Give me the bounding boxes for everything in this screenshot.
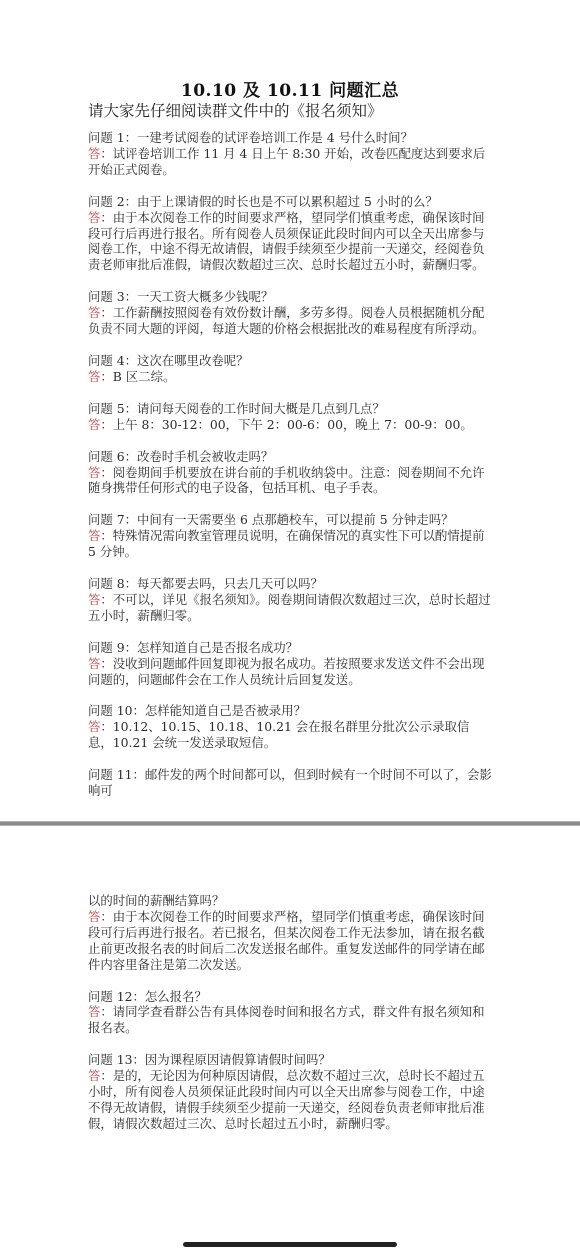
answer-text: 答：由于本次阅卷工作的时间要求严格，望同学们慎重考虑，确保该时间段可行后再进行报…	[88, 909, 492, 973]
faq-item: 问题 3：一天工资大概多少钱呢？ 答：工作薪酬按照阅卷有效份数计酬，多劳多得。阅…	[88, 289, 492, 337]
question-text: 问题 3：一天工资大概多少钱呢？	[88, 289, 492, 305]
answer-label: 答	[88, 465, 100, 480]
answer-text: 答：不可以，详见《报名须知》。阅卷期间请假次数超过三次，总时长超过五小时，薪酬归…	[88, 592, 492, 624]
answer-text: 答：特殊情况需向教室管理员说明，在确保情况的真实性下可以酌情提前 5 分钟。	[88, 528, 492, 560]
question-text: 问题 2：由于上课请假的时长也是不可以累积超过 5 小时的么？	[88, 194, 492, 210]
answer-text: 答：试评卷培训工作 11 月 4 日上午 8:30 开始，改卷匹配度达到要求后开…	[88, 146, 492, 178]
answer-label: 答	[88, 656, 100, 671]
answer-label: 答	[88, 719, 100, 734]
faq-item: 问题 6：改卷时手机会被收走吗？ 答：阅卷期间手机要放在讲台前的手机收纳袋中。注…	[88, 449, 492, 497]
answer-label: 答	[88, 305, 100, 320]
answer-text: 答：10.12、10.15、10.18、10.21 会在报名群里分批次公示录取信…	[88, 719, 492, 751]
faq-item: 问题 8：每天都要去吗，只去几天可以吗？ 答：不可以，详见《报名须知》。阅卷期间…	[88, 576, 492, 624]
faq-item: 问题 2：由于上课请假的时长也是不可以累积超过 5 小时的么？ 答：由于本次阅卷…	[88, 194, 492, 274]
answer-label: 答	[88, 417, 100, 432]
answer-label: 答	[88, 146, 100, 161]
question-text: 问题 11：邮件发的两个时间都可以，但到时候有一个时间不可以了，会影响可	[88, 767, 492, 799]
faq-item: 问题 13：因为课程原因请假算请假时间吗？ 答：是的，无论因为何种原因请假，总次…	[88, 1052, 492, 1132]
answer-label: 答	[88, 909, 100, 924]
answer-text: 答：上午 8：30-12：00，下午 2：00-6：00，晚上 7：00-9：0…	[88, 417, 492, 433]
question-text: 问题 5：请问每天阅卷的工作时间大概是几点到几点？	[88, 401, 492, 417]
answer-label: 答	[88, 592, 100, 607]
home-indicator-bar[interactable]	[183, 1242, 397, 1247]
answer-label: 答	[88, 1068, 100, 1083]
question-text: 问题 9：怎样知道自己是否报名成功？	[88, 640, 492, 656]
question-text: 问题 6：改卷时手机会被收走吗？	[88, 449, 492, 465]
question-text: 问题 7：中间有一天需要坐 6 点那趟校车，可以提前 5 分钟走吗？	[88, 512, 492, 528]
document-page-2: 以的时间的薪酬结算吗？ 答：由于本次阅卷工作的时间要求严格，望同学们慎重考虑，确…	[0, 826, 580, 1257]
answer-label: 答	[88, 369, 100, 384]
page-title: 10.10 及 10.11 问题汇总	[0, 76, 580, 101]
faq-list-page-2: 以的时间的薪酬结算吗？ 答：由于本次阅卷工作的时间要求严格，望同学们慎重考虑，确…	[88, 893, 492, 1148]
faq-item: 问题 4：这次在哪里改卷呢？ 答：B 区二综。	[88, 353, 492, 385]
answer-text: 答：阅卷期间手机要放在讲台前的手机收纳袋中。注意：阅卷期间不允许随身携带任何形式…	[88, 465, 492, 497]
answer-label: 答	[88, 210, 100, 225]
question-text: 问题 12：怎么报名？	[88, 989, 492, 1005]
faq-item: 问题 7：中间有一天需要坐 6 点那趟校车，可以提前 5 分钟走吗？ 答：特殊情…	[88, 512, 492, 560]
answer-label: 答	[88, 528, 100, 543]
answer-text: 答：没收到问题邮件回复即视为报名成功。若按照要求发送文件不会出现问题的，问题邮件…	[88, 656, 492, 688]
faq-item: 问题 1：一建考试阅卷的试评卷培训工作是 4 号什么时间？ 答：试评卷培训工作 …	[88, 130, 492, 178]
faq-item-continued: 以的时间的薪酬结算吗？ 答：由于本次阅卷工作的时间要求严格，望同学们慎重考虑，确…	[88, 893, 492, 973]
question-text: 问题 8：每天都要去吗，只去几天可以吗？	[88, 576, 492, 592]
answer-text: 答：由于本次阅卷工作的时间要求严格，望同学们慎重考虑，确保该时间段可行后再进行报…	[88, 210, 492, 274]
faq-item-truncated: 问题 11：邮件发的两个时间都可以，但到时候有一个时间不可以了，会影响可	[88, 767, 492, 799]
question-text: 问题 13：因为课程原因请假算请假时间吗？	[88, 1052, 492, 1068]
faq-item: 问题 5：请问每天阅卷的工作时间大概是几点到几点？ 答：上午 8：30-12：0…	[88, 401, 492, 433]
faq-item: 问题 10：怎样能知道自己是否被录用？ 答：10.12、10.15、10.18、…	[88, 703, 492, 751]
answer-text: 答：工作薪酬按照阅卷有效份数计酬，多劳多得。阅卷人员根据随机分配负责不同大题的评…	[88, 305, 492, 337]
document-page-1: 10.10 及 10.11 问题汇总 请大家先仔细阅读群文件中的《报名须知》 问…	[0, 0, 580, 821]
faq-item: 问题 9：怎样知道自己是否报名成功？ 答：没收到问题邮件回复即视为报名成功。若按…	[88, 640, 492, 688]
answer-text: 答：B 区二综。	[88, 369, 492, 385]
answer-text: 答：请同学查看群公告有具体阅卷时间和报名方式，群文件有报名须知和报名表。	[88, 1004, 492, 1036]
question-text: 问题 4：这次在哪里改卷呢？	[88, 353, 492, 369]
faq-list-page-1: 问题 1：一建考试阅卷的试评卷培训工作是 4 号什么时间？ 答：试评卷培训工作 …	[88, 130, 492, 815]
faq-item: 问题 12：怎么报名？ 答：请同学查看群公告有具体阅卷时间和报名方式，群文件有报…	[88, 989, 492, 1037]
question-text: 问题 10：怎样能知道自己是否被录用？	[88, 703, 492, 719]
answer-text: 答：是的，无论因为何种原因请假，总次数不超过三次，总时长不超过五小时，所有阅卷人…	[88, 1068, 492, 1132]
question-text: 问题 1：一建考试阅卷的试评卷培训工作是 4 号什么时间？	[88, 130, 492, 146]
question-text: 以的时间的薪酬结算吗？	[88, 893, 492, 909]
page-subtitle: 请大家先仔细阅读群文件中的《报名须知》	[88, 99, 383, 121]
answer-label: 答	[88, 1004, 100, 1019]
